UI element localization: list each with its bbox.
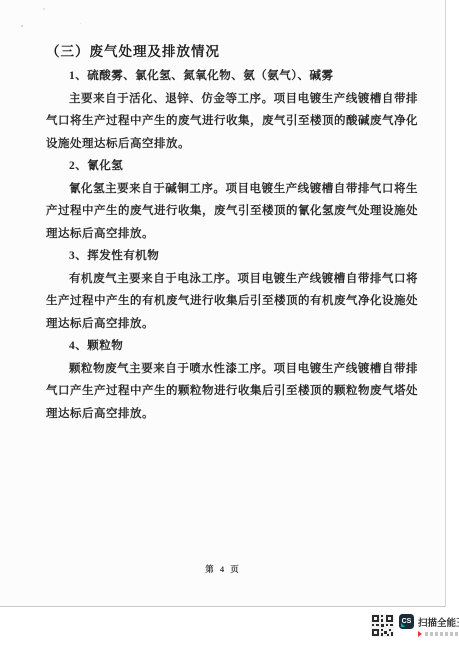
scanned-document-page: { "document": { "heading": "（三）废气处理及排放情况… (0, 0, 459, 650)
subsection-paragraph: 有机废气主要来自于电泳工序。项目电镀生产线镀槽自带排气口将生产过程中产生的有机废… (46, 268, 418, 336)
qr-code-icon (371, 614, 394, 637)
subsection-paragraph: 氰化氢主要来自于碱铜工序。项目电镀生产线镀槽自带排气口将生产过程中产生的废气进行… (46, 178, 418, 246)
subsection-title: 2、氰化氢 (46, 155, 418, 178)
tagline-text-illegible (425, 632, 459, 636)
scanner-app-watermark: CS 扫描全能王 (371, 614, 459, 637)
scan-noise-speck (21, 25, 23, 27)
logo-initials: CS (402, 618, 412, 625)
watermark-tagline (418, 631, 459, 637)
document-body: （三）废气处理及排放情况 1、硫酸雾、氯化氢、氮氧化物、氨（氨气）、碱雾 主要来… (46, 40, 418, 425)
subsection-paragraph: 颗粒物废气主要来自于喷水性漆工序。项目电镀生产线镀槽自带排气口产生产过程中产生的… (46, 358, 418, 426)
page-number: 第 4 页 (0, 563, 446, 575)
scanned-paper-sheet: （三）废气处理及排放情况 1、硫酸雾、氯化氢、氮氧化物、氨（氨气）、碱雾 主要来… (0, 0, 446, 607)
subsection-3: 3、挥发性有机物 有机废气主要来自于电泳工序。项目电镀生产线镀槽自带排气口将生产… (46, 245, 418, 335)
play-arrow-icon (418, 631, 422, 637)
section-heading: （三）废气处理及排放情况 (46, 40, 418, 63)
camscanner-logo-icon: CS (399, 614, 414, 629)
subsection-title: 4、颗粒物 (46, 335, 418, 358)
watermark-brand-name: 扫描全能王 (418, 615, 459, 629)
subsection-title: 1、硫酸雾、氯化氢、氮氧化物、氨（氨气）、碱雾 (46, 65, 418, 88)
subsection-4: 4、颗粒物 颗粒物废气主要来自于喷水性漆工序。项目电镀生产线镀槽自带排气口产生产… (46, 335, 418, 425)
subsection-title: 3、挥发性有机物 (46, 245, 418, 268)
scan-noise-speck (43, 8, 45, 10)
subsection-paragraph: 主要来自于活化、退锌、仿金等工序。项目电镀生产线镀槽自带排气口将生产过程中产生的… (46, 88, 418, 156)
subsection-1: 1、硫酸雾、氯化氢、氮氧化物、氨（氨气）、碱雾 主要来自于活化、退锌、仿金等工序… (46, 65, 418, 155)
scan-noise-speck (80, 23, 81, 24)
subsection-2: 2、氰化氢 氰化氢主要来自于碱铜工序。项目电镀生产线镀槽自带排气口将生产过程中产… (46, 155, 418, 245)
